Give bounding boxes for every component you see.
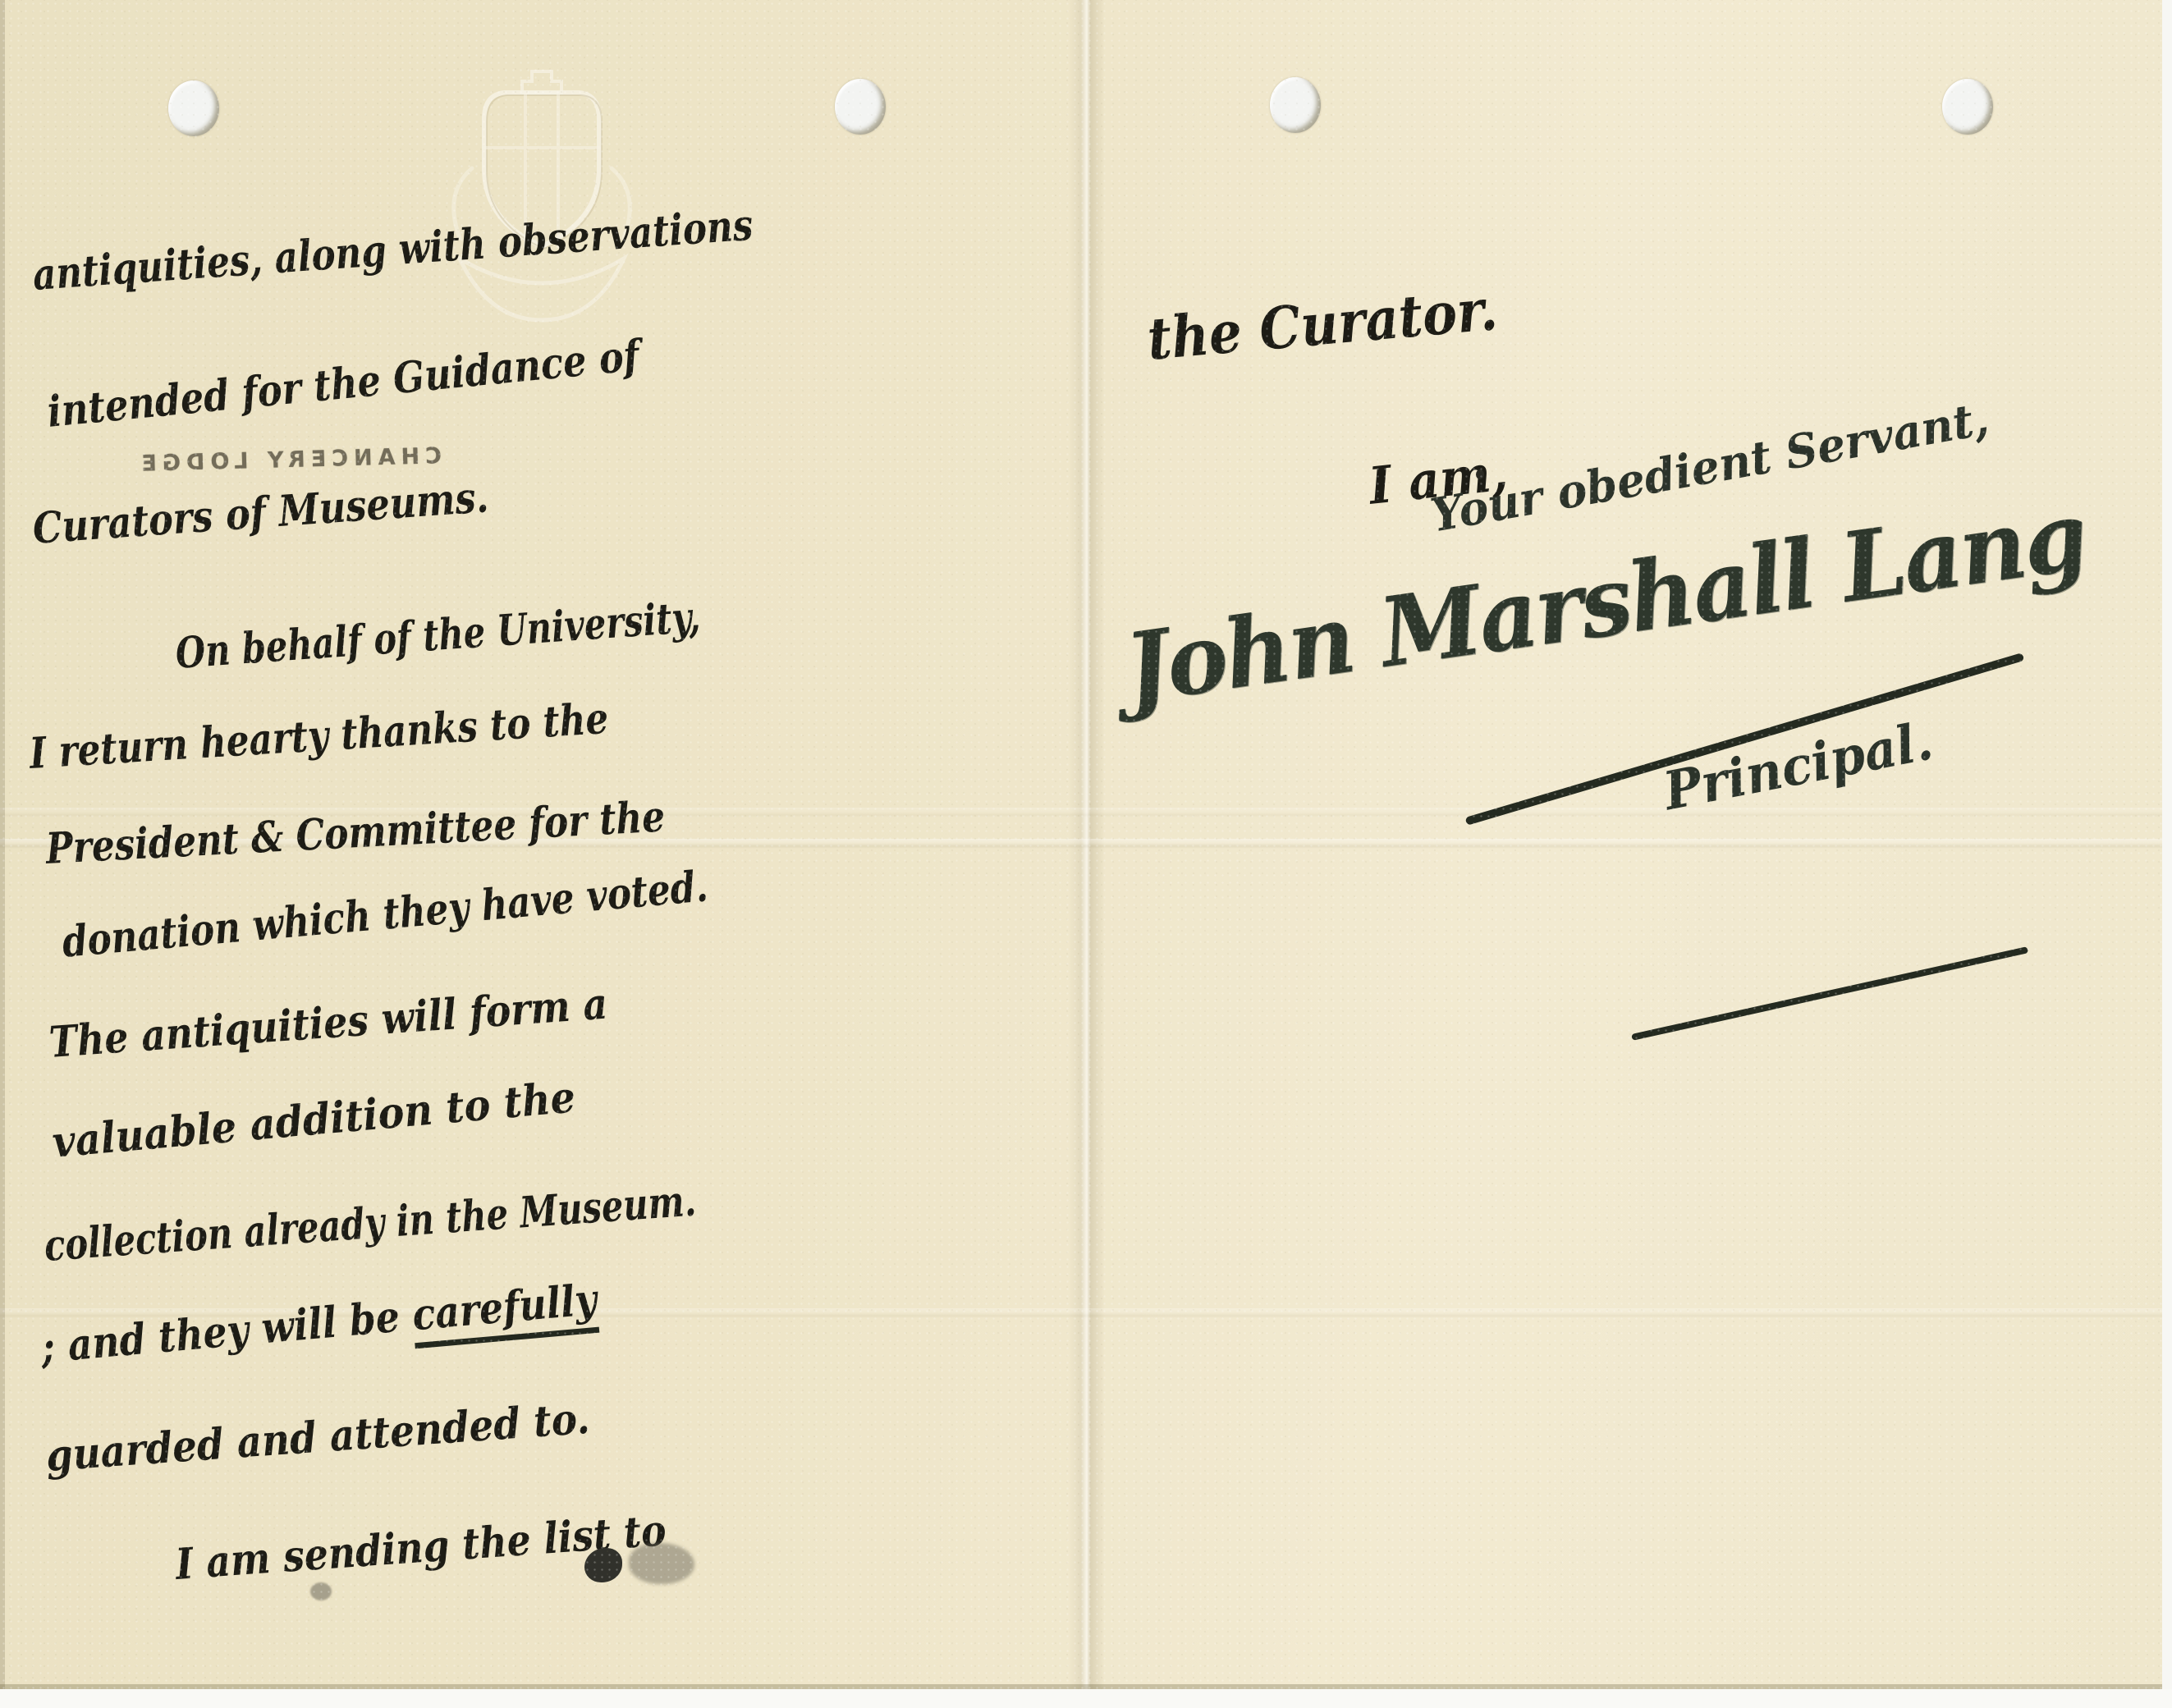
letter-line: the Curator.: [1144, 275, 1500, 373]
letter-line: intended for the Guidance of: [45, 331, 641, 437]
letter-line: President & Committee for the: [44, 792, 666, 874]
punch-hole: [1270, 77, 1321, 133]
punch-hole: [835, 79, 886, 135]
punch-hole: [1942, 79, 1993, 135]
letter-line: On behalf of the University,: [174, 592, 702, 679]
letter-sheet: CHANCERY LODGE antiquities, along with o…: [0, 0, 2162, 1691]
letter-line: Curators of Museums.: [31, 472, 490, 554]
letter-line-segment: ; and they will be: [39, 1291, 415, 1373]
embossed-crest-icon: [427, 70, 657, 341]
ink-blot: [629, 1543, 694, 1584]
ink-blot: [310, 1582, 332, 1600]
mirrored-stamp-text: CHANCERY LODGE: [138, 443, 442, 477]
letter-line: I return hearty thanks to the: [28, 694, 610, 779]
letter-line: guarded and attended to.: [44, 1394, 591, 1481]
letter-line: collection already in the Museum.: [43, 1176, 698, 1271]
signature: John Marshall Lang: [1119, 480, 2092, 726]
paper-edge-left: [0, 0, 5, 1691]
title-underline-flourish: [1631, 946, 2028, 1041]
letter-line: ; and they will be carefully: [39, 1275, 598, 1373]
ink-blot: [584, 1548, 622, 1582]
scan-background-bottom: [0, 1689, 2172, 1708]
scan-background-right: [2162, 0, 2172, 1708]
underlined-word: carefully: [410, 1275, 599, 1349]
letter-line: The antiquities will form a: [48, 979, 609, 1068]
punch-hole: [168, 80, 219, 136]
letter-line: donation which they have voted.: [60, 861, 709, 968]
letter-line: valuable addition to the: [50, 1072, 577, 1167]
ink-blot: [1476, 469, 1484, 479]
